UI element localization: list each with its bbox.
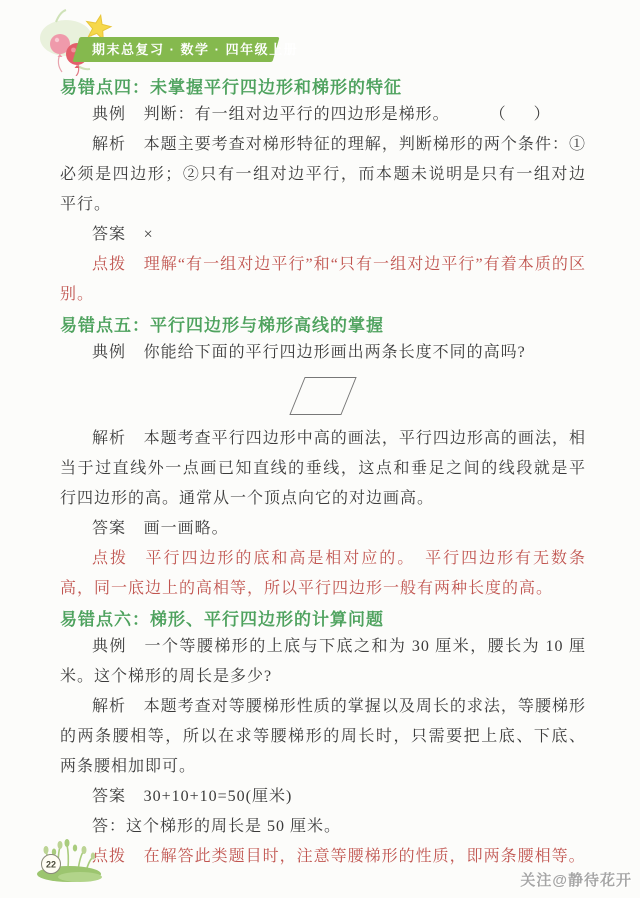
section-heading-4: 易错点四：未掌握平行四边形和梯形的特征 (60, 76, 586, 100)
analysis-label: 解析 (92, 430, 126, 447)
answer-paragraph: 答案× (60, 220, 586, 250)
analysis-label: 解析 (92, 136, 126, 153)
tip-label: 点拨 (92, 256, 126, 273)
example-label: 典例 (92, 344, 126, 361)
answer-label: 答案 (92, 520, 126, 537)
analysis-text: 本题主要考查对梯形特征的理解，判断梯形的两个条件：①必须是四边形；②只有一组对边… (60, 136, 586, 213)
example-text: 你能给下面的平行四边形画出两条长度不同的高吗? (144, 344, 526, 361)
answer-paragraph: 答案画一画略。 (60, 514, 586, 544)
example-text: 一个等腰梯形的上底与下底之和为 30 厘米，腰长为 10 厘米。这个梯形的周长是… (60, 638, 586, 685)
analysis-paragraph: 解析本题主要考查对梯形特征的理解，判断梯形的两个条件：①必须是四边形；②只有一组… (60, 130, 586, 220)
answer-label: 答案 (92, 226, 126, 243)
figure-row (60, 368, 586, 424)
section-heading-5: 易错点五：平行四边形与梯形高线的掌握 (60, 314, 586, 338)
tip-paragraph: 点拨平行四边形的底和高是相对应的。 平行四边形有无数条高，同一底边上的高相等，所… (60, 544, 586, 604)
analysis-paragraph: 解析本题考查对等腰梯形性质的掌握以及周长的求法，等腰梯形的两条腰相等，所以在求等… (60, 692, 586, 782)
page-content: 易错点四：未掌握平行四边形和梯形的特征 典例判断：有一组对边平行的四边形是梯形。… (60, 76, 586, 872)
page-header: 期末总复习 · 数学 · 四年级上册 (0, 0, 340, 74)
watermark-text: 关注@静待花开 (520, 869, 632, 890)
analysis-label: 解析 (92, 698, 126, 715)
section-heading-6: 易错点六：梯形、平行四边形的计算问题 (60, 608, 586, 632)
tip-paragraph: 点拨理解“有一组对边平行”和“只有一组对边平行”有着本质的区别。 (60, 250, 586, 310)
analysis-paragraph: 解析本题考查平行四边形中高的画法，平行四边形高的画法，相当于过直线外一点画已知直… (60, 424, 586, 514)
chapter-banner: 期末总复习 · 数学 · 四年级上册 (72, 37, 279, 62)
answer-text: × (144, 226, 155, 243)
answer-label: 答案 (92, 788, 126, 805)
parallelogram-figure (289, 377, 356, 415)
analysis-text: 本题考查平行四边形中高的画法，平行四边形高的画法，相当于过直线外一点画已知直线的… (60, 430, 586, 507)
analysis-text: 本题考查对等腰梯形性质的掌握以及周长的求法，等腰梯形的两条腰相等，所以在求等腰梯… (60, 698, 586, 775)
answer-text: 画一画略。 (144, 520, 229, 537)
tip-text: 在解答此类题目时，注意等腰梯形的性质，即两条腰相等。 (144, 848, 586, 865)
answer-sentence-text: 答：这个梯形的周长是 50 厘米。 (92, 818, 341, 835)
chapter-banner-text: 期末总复习 · 数学 · 四年级上册 (76, 37, 276, 62)
page-number: 22 (46, 860, 56, 870)
tip-text: 平行四边形的底和高是相对应的。 平行四边形有无数条高，同一底边上的高相等，所以平… (60, 550, 586, 597)
textbook-page: 期末总复习 · 数学 · 四年级上册 易错点四：未掌握平行四边形和梯形的特征 典… (0, 0, 640, 898)
tip-paragraph: 点拨在解答此类题目时，注意等腰梯形的性质，即两条腰相等。 (60, 842, 586, 872)
example-label: 典例 (92, 638, 127, 655)
answer-text: 30+10+10=50(厘米) (144, 788, 293, 805)
tip-label: 点拨 (92, 550, 128, 567)
page-number-badge: 22 (42, 855, 61, 874)
example-paragraph: 典例你能给下面的平行四边形画出两条长度不同的高吗? (60, 338, 586, 368)
answer-paragraph: 答案30+10+10=50(厘米) (60, 782, 586, 812)
example-paragraph: 典例判断：有一组对边平行的四边形是梯形。（ ） (60, 100, 586, 130)
tip-text: 理解“有一组对边平行”和“只有一组对边平行”有着本质的区别。 (60, 256, 586, 303)
answer-brackets: （ ） (498, 106, 556, 123)
example-label: 典例 (92, 106, 126, 123)
example-paragraph: 典例一个等腰梯形的上底与下底之和为 30 厘米，腰长为 10 厘米。这个梯形的周… (60, 632, 586, 692)
grass-page-badge: 22 (30, 836, 108, 884)
example-text: 判断：有一组对边平行的四边形是梯形。 (144, 106, 450, 123)
answer-sentence-paragraph: 答：这个梯形的周长是 50 厘米。 (60, 812, 586, 842)
